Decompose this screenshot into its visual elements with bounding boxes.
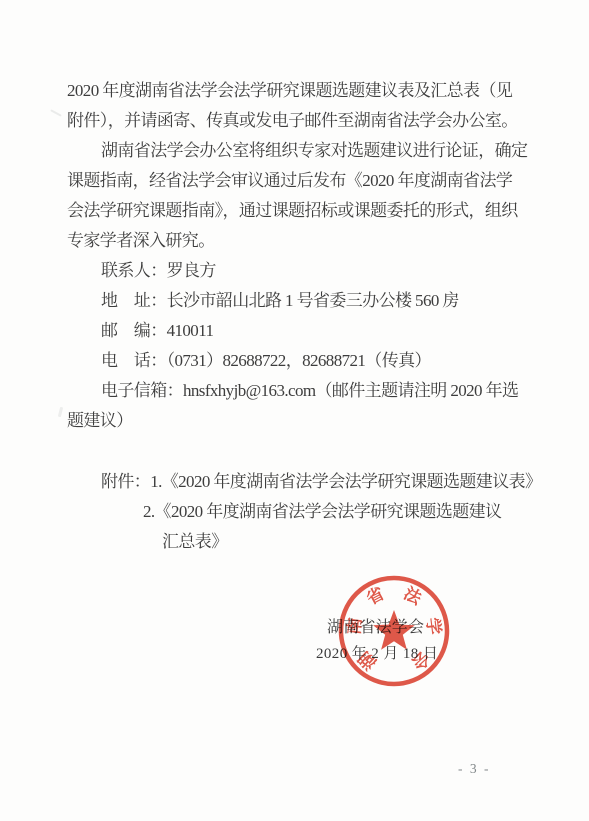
star-icon	[373, 610, 415, 650]
body-line: 附件），并请函寄、传真或发电子邮件至湖南省法学会办公室。	[67, 106, 527, 136]
document-body: 2020 年度湖南省法学会法学研究课题选题建议表及汇总表（见 附件），并请函寄、…	[67, 76, 527, 557]
official-seal: 湖 南 省 法 学 会	[334, 571, 454, 691]
contact-phone-line: 电 话：（0731）82688722，82688721（传真）	[67, 346, 527, 376]
contact-postcode-line: 邮 编：410011	[67, 316, 527, 346]
body-line: 课题指南，经省法学会审议通过后发布《2020 年度湖南省法学	[67, 166, 527, 196]
attachment-item: 附件：1.《2020 年度湖南省法学会法学研究课题选题建议表》	[67, 467, 527, 497]
attachment-list: 附件：1.《2020 年度湖南省法学会法学研究课题选题建议表》 2.《2020 …	[67, 467, 527, 557]
contact-address-line: 地 址：长沙市韶山北路 1 号省委三办公楼 560 房	[67, 286, 527, 316]
attachment-item-wrap: 汇总表》	[67, 527, 527, 557]
contact-email-line: 电子信箱：hnsfxhyjb@163.com（邮件主题请注明 2020 年选	[67, 376, 527, 406]
page-number: - 3 -	[458, 761, 491, 777]
seal-character: 南	[343, 616, 365, 635]
contact-person-line: 联系人：罗良方	[67, 256, 527, 286]
seal-character: 学	[423, 616, 445, 635]
body-line: 会法学研究课题指南》，通过课题招标或课题委托的形式，组织	[67, 196, 527, 226]
scanned-document-page: 2020 年度湖南省法学会法学研究课题选题建议表及汇总表（见 附件），并请函寄、…	[0, 0, 589, 821]
scan-artifact	[50, 109, 62, 116]
contact-email-wrap-line: 题建议）	[67, 406, 527, 436]
scan-artifact	[58, 407, 63, 417]
body-line: 2020 年度湖南省法学会法学研究课题选题建议表及汇总表（见	[67, 76, 527, 106]
body-line: 湖南省法学会办公室将组织专家对选题建议进行论证，确定	[67, 136, 527, 166]
body-line: 专家学者深入研究。	[67, 226, 527, 256]
attachment-item: 2.《2020 年度湖南省法学会法学研究课题选题建议	[67, 497, 527, 527]
